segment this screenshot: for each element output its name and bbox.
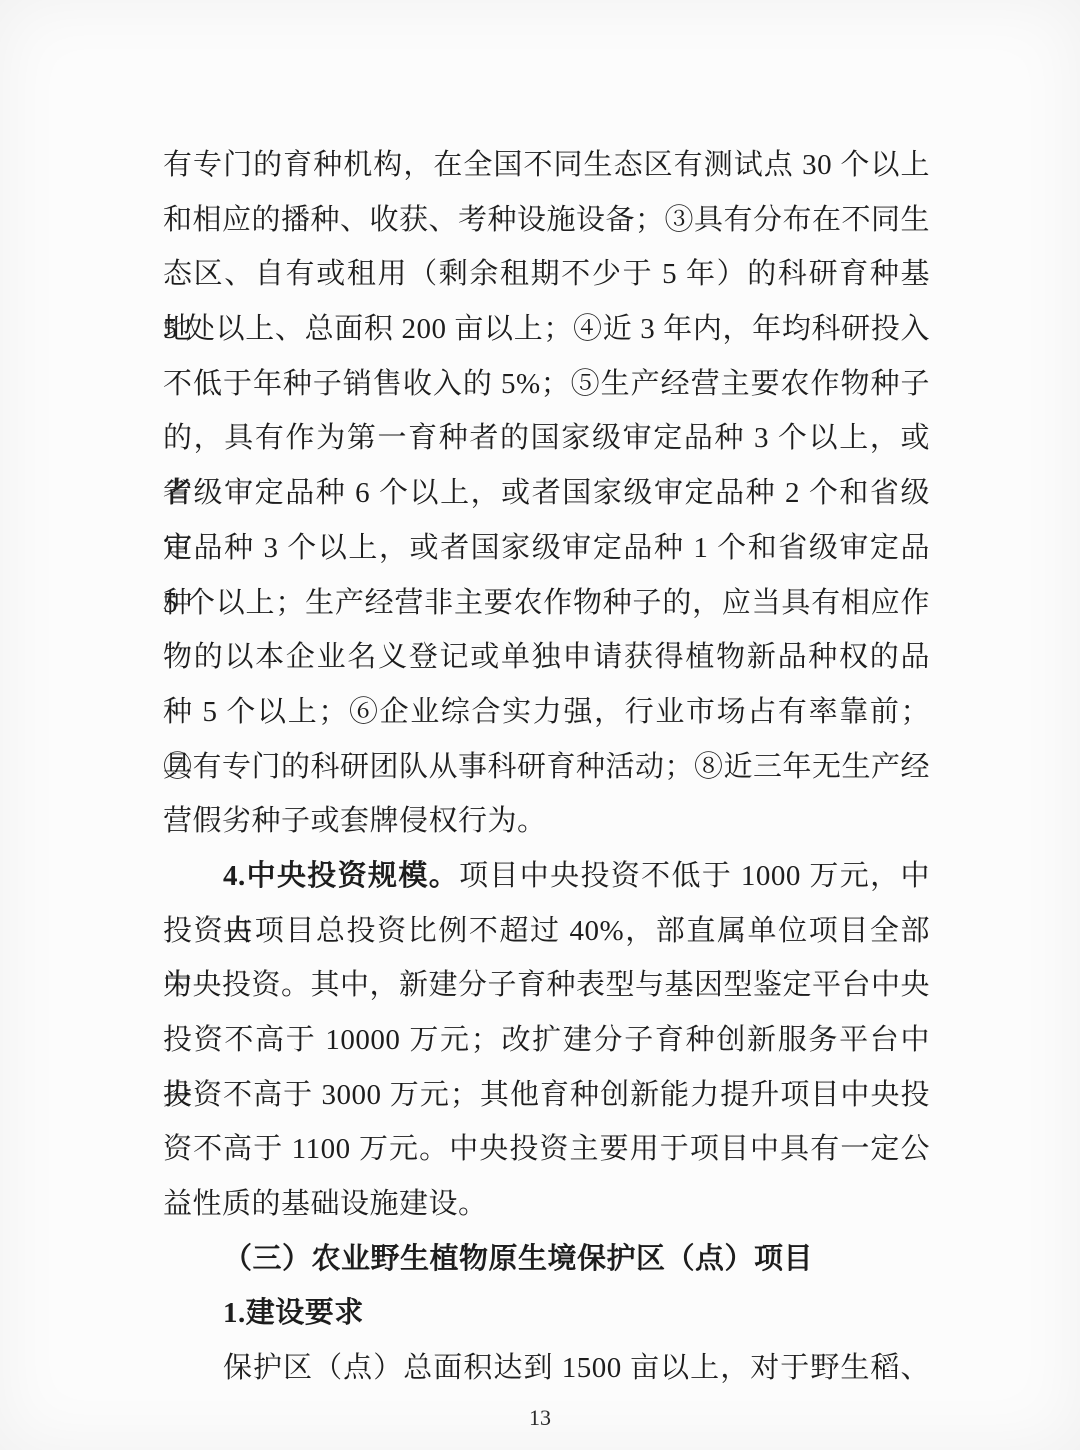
text-segment: 营假劣种子或套牌侵权行为。 — [163, 805, 547, 837]
text-line: 有专门的育种机构，在全国不同生态区有测试点 30 个以上 — [163, 138, 930, 193]
text-segment: 益性质的基础设施建设。 — [163, 1188, 488, 1220]
text-line: 投资不高于 10000 万元；改扩建分子育种创新服务平台中央 — [163, 1013, 930, 1068]
text-line: 1.建设要求 — [163, 1286, 930, 1341]
text-line: 益性质的基础设施建设。 — [163, 1177, 930, 1232]
text-line: 中央投资。其中，新建分子育种表型与基因型鉴定平台中央 — [163, 958, 930, 1013]
text-line: 和相应的播种、收获、考种设施设备；③具有分布在不同生 — [163, 193, 930, 248]
text-segment: 中央投资。其中，新建分子育种表型与基因型鉴定平台中央 — [163, 969, 930, 1001]
text-segment: 不低于年种子销售收入的 5%；⑤生产经营主要农作物种子 — [163, 368, 930, 400]
text-segment: 5 个以上；生产经营非主要农作物种子的，应当具有相应作 — [163, 587, 930, 619]
text-segment: 具有专门的科研团队从事科研育种活动；⑧近三年无生产经 — [163, 751, 930, 783]
text-line: 保护区（点）总面积达到 1500 亩以上，对于野生稻、 — [163, 1341, 930, 1396]
text-line: 省级审定品种 6 个以上，或者国家级审定品种 2 个和省级审 — [163, 466, 930, 521]
text-segment: 资不高于 1100 万元。中央投资主要用于项目中具有一定公 — [163, 1133, 930, 1165]
text-line: 5 处以上、总面积 200 亩以上；④近 3 年内，年均科研投入 — [163, 302, 930, 357]
text-line: 态区、自有或租用（剩余租期不少于 5 年）的科研育种基地 — [163, 247, 930, 302]
document-text-body: 有专门的育种机构，在全国不同生态区有测试点 30 个以上和相应的播种、收获、考种… — [163, 138, 930, 1396]
text-line: 4.中央投资规模。项目中央投资不低于 1000 万元，中央 — [163, 849, 930, 904]
text-line: 5 个以上；生产经营非主要农作物种子的，应当具有相应作 — [163, 576, 930, 631]
document-page: 有专门的育种机构，在全国不同生态区有测试点 30 个以上和相应的播种、收获、考种… — [0, 0, 1080, 1450]
text-segment: 物的以本企业名义登记或单独申请获得植物新品种权的品 — [163, 641, 930, 673]
text-line: 投资占项目总投资比例不超过 40%，部直属单位项目全部为 — [163, 904, 930, 959]
text-segment: 5 处以上、总面积 200 亩以上；④近 3 年内，年均科研投入 — [163, 313, 930, 345]
text-line: （三）农业野生植物原生境保护区（点）项目 — [163, 1232, 930, 1287]
text-line: 营假劣种子或套牌侵权行为。 — [163, 794, 930, 849]
text-segment: 有专门的育种机构，在全国不同生态区有测试点 30 个以上 — [163, 149, 930, 181]
text-segment: 投资不高于 3000 万元；其他育种创新能力提升项目中央投 — [163, 1079, 930, 1111]
bold-text-segment: 4.中央投资规模。 — [223, 860, 459, 892]
text-line: 定品种 3 个以上，或者国家级审定品种 1 个和省级审定品种 — [163, 521, 930, 576]
text-line: 种 5 个以上；⑥企业综合实力强，行业市场占有率靠前；⑦ — [163, 685, 930, 740]
text-line: 具有专门的科研团队从事科研育种活动；⑧近三年无生产经 — [163, 740, 930, 795]
text-line: 物的以本企业名义登记或单独申请获得植物新品种权的品 — [163, 630, 930, 685]
text-line: 的，具有作为第一育种者的国家级审定品种 3 个以上，或者 — [163, 411, 930, 466]
text-segment: 和相应的播种、收获、考种设施设备；③具有分布在不同生 — [163, 204, 930, 236]
text-line: 资不高于 1100 万元。中央投资主要用于项目中具有一定公 — [163, 1122, 930, 1177]
text-line: 不低于年种子销售收入的 5%；⑤生产经营主要农作物种子 — [163, 357, 930, 412]
bold-text-segment: 1.建设要求 — [223, 1297, 364, 1329]
text-line: 投资不高于 3000 万元；其他育种创新能力提升项目中央投 — [163, 1068, 930, 1123]
bold-text-segment: （三）农业野生植物原生境保护区（点）项目 — [223, 1243, 813, 1275]
page-number: 13 — [0, 1405, 1080, 1431]
text-segment: 保护区（点）总面积达到 1500 亩以上，对于野生稻、 — [223, 1352, 930, 1384]
